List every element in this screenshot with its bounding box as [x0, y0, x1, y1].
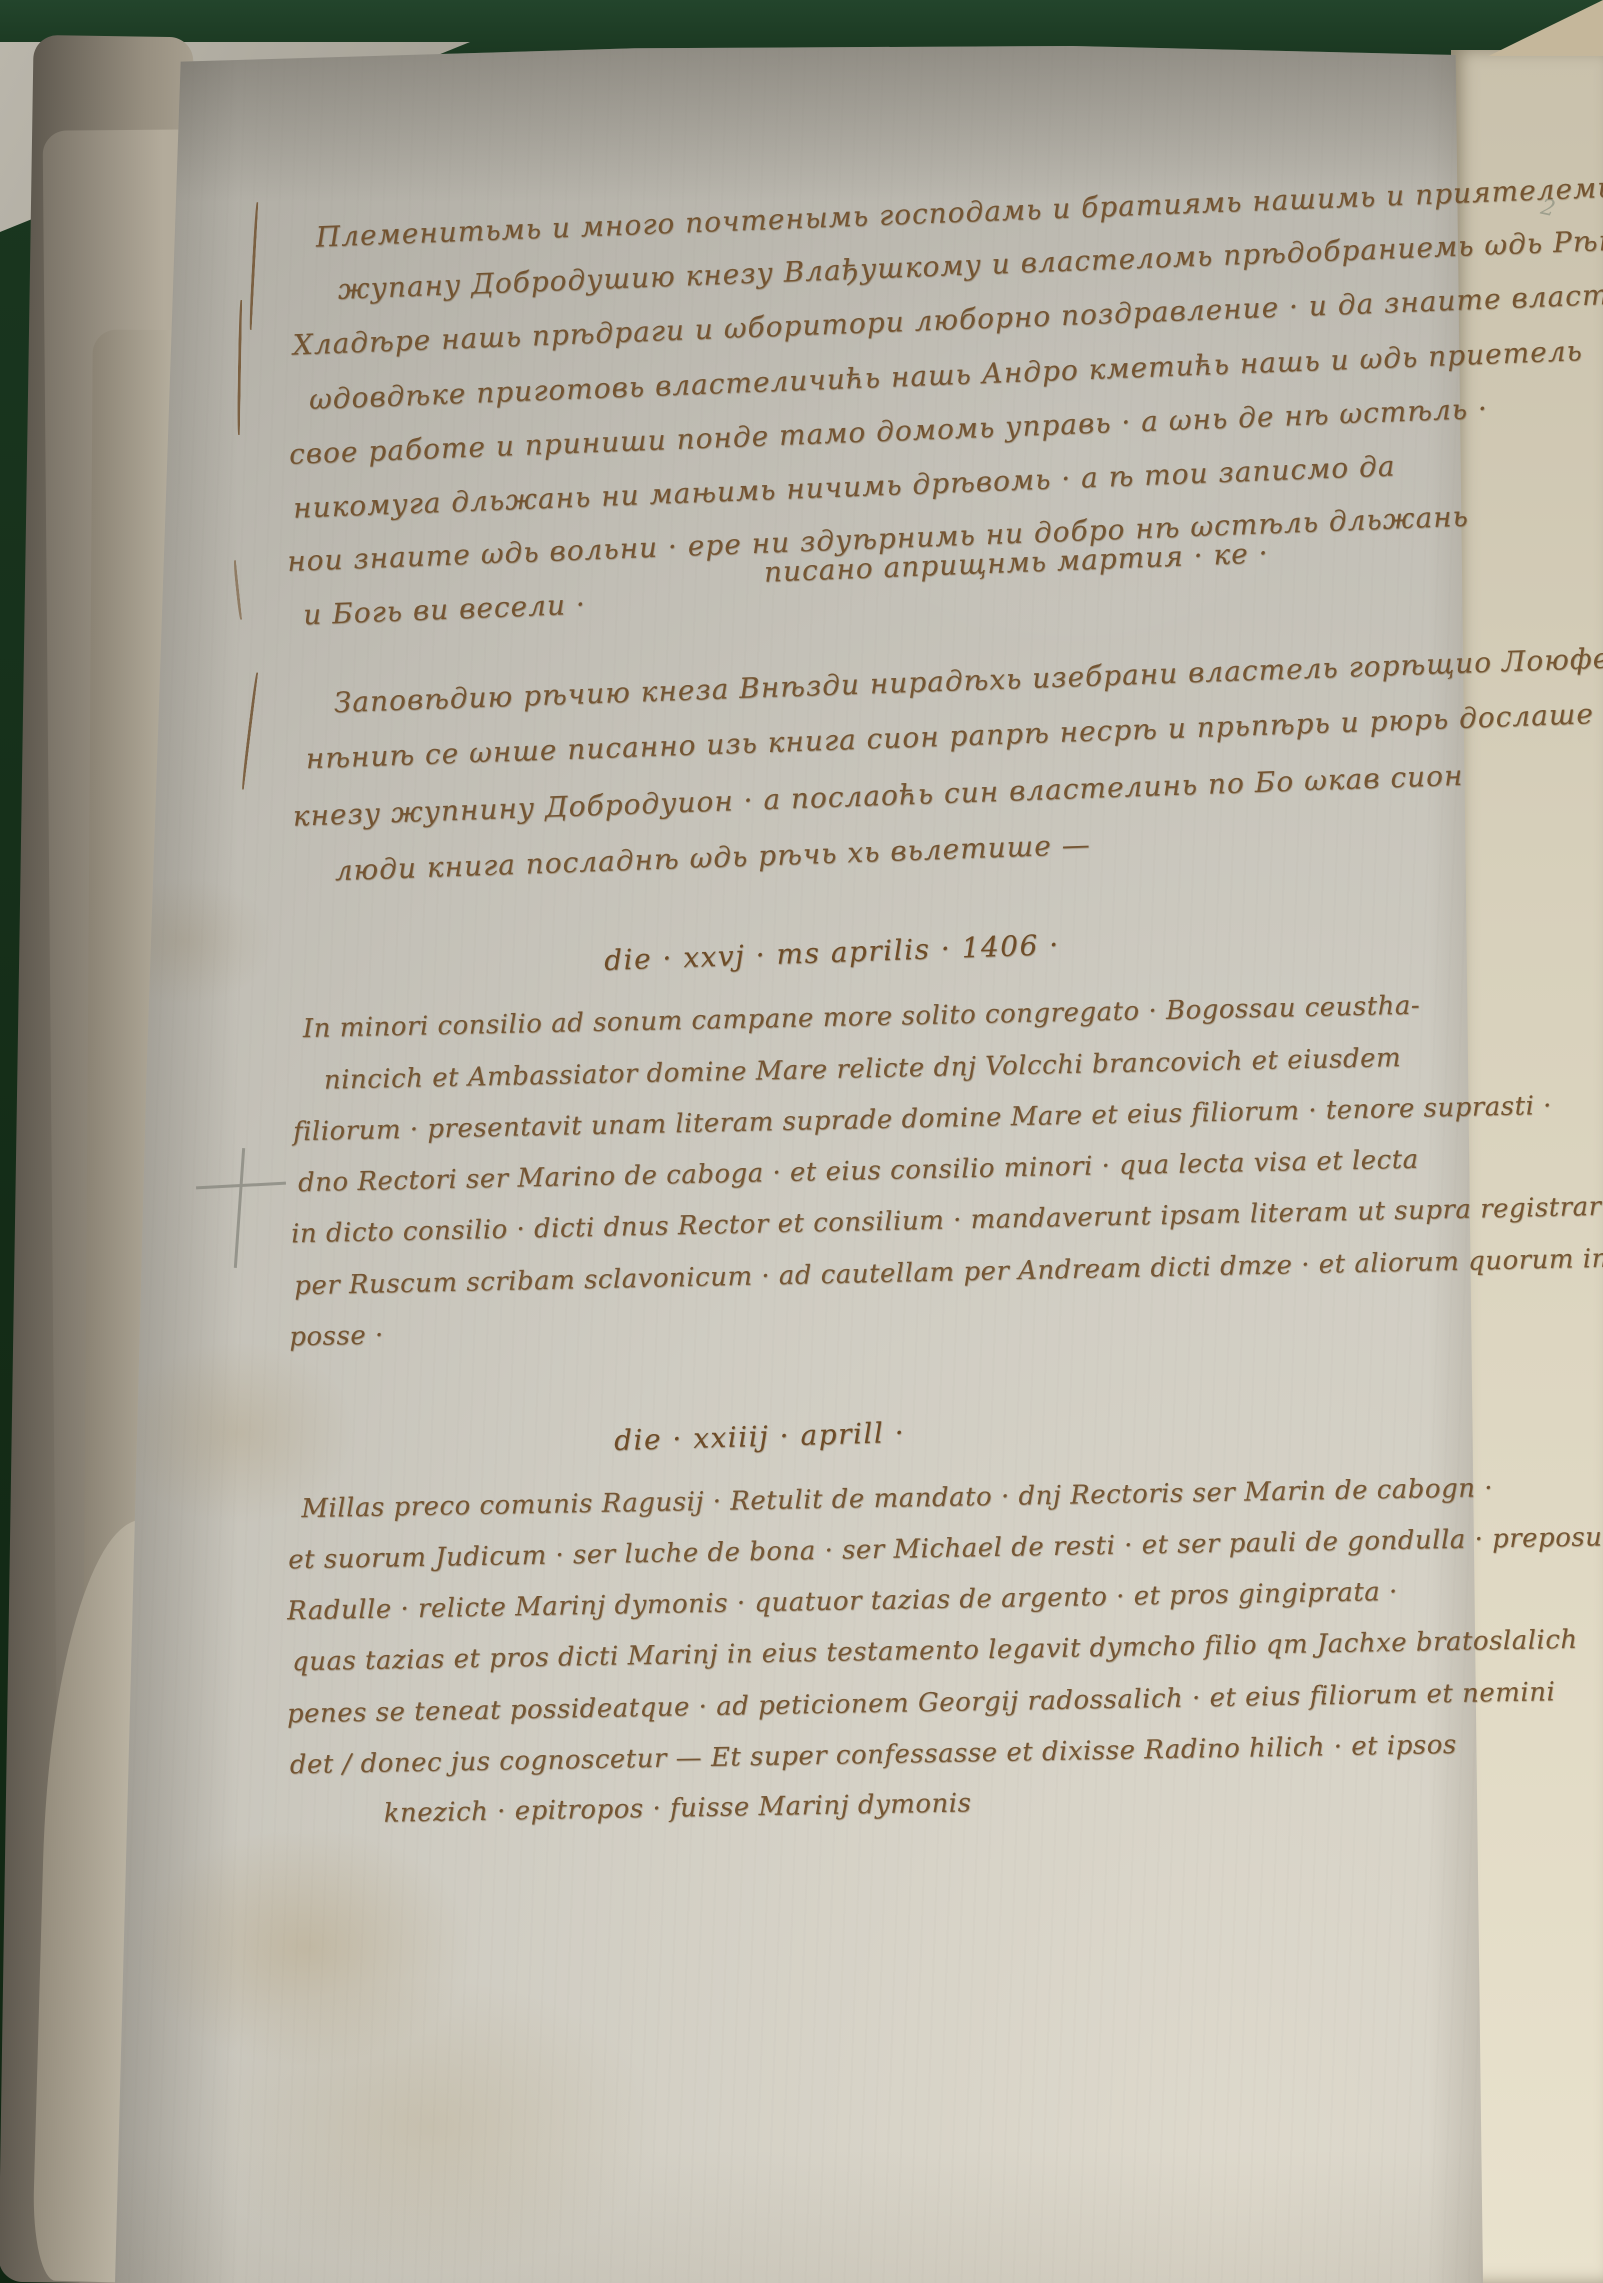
manuscript-line: det / donec jus cognoscetur — Et super c…: [290, 1730, 1457, 1780]
cyrillic-letter-block-1: Племенитьмь и много почтенымь господамь …: [280, 178, 1436, 651]
manuscript-line: quas tazias et pros dicti Marinj in eius…: [292, 1625, 1578, 1677]
manuscript-photo: Племенитьмь и много почтенымь господамь …: [0, 0, 1603, 2283]
latin-entry-block-1: In minori consilio ad sonum campane more…: [283, 990, 1480, 1355]
manuscript-line: penes se teneat possideatque · ad petici…: [287, 1677, 1556, 1729]
latin-entry-block-2: Millas preco comunis Ragusij · Retulit d…: [283, 1474, 1479, 1835]
manuscript-line: dno Rectori ser Marino de caboga · et ei…: [298, 1145, 1419, 1198]
pencil-cross-mark: [196, 1148, 286, 1268]
manuscript-line: и Богь ви весели ·: [303, 588, 587, 632]
manuscript-line: in dicto consilio · dicti dnus Rector et…: [291, 1192, 1603, 1250]
manuscript-line: posse ·: [289, 1320, 384, 1352]
manuscript-line: Radulle · relicte Marinj dymonis · quatu…: [287, 1577, 1398, 1626]
cyrillic-letter-block-2: Заповѣдию рѣчию кнеза Внѣзди нирадѣхь из…: [288, 648, 1425, 917]
manuscript-line: люди книга посладнѣ ωдь рѣчь хь вьлетише…: [334, 828, 1091, 887]
manuscript-line: nincich et Ambassiator domine Mare relic…: [324, 1043, 1402, 1096]
table-corner: [1473, 0, 1603, 56]
manuscript-line: knezich · epitropos · fuisse Marinj dymo…: [383, 1788, 971, 1828]
manuscript-line: et suorum Judicum · ser luche de bona · …: [288, 1521, 1603, 1575]
manuscript-line: кнезу жупнину Добродуион · а послаоћь си…: [292, 759, 1464, 833]
manuscript-line: filiorum · presentavit unam literam supr…: [293, 1091, 1552, 1147]
manuscript-line: per Ruscum scribam sclavonicum · ad caut…: [294, 1242, 1603, 1301]
pencil-cross-vertical: [234, 1148, 245, 1268]
